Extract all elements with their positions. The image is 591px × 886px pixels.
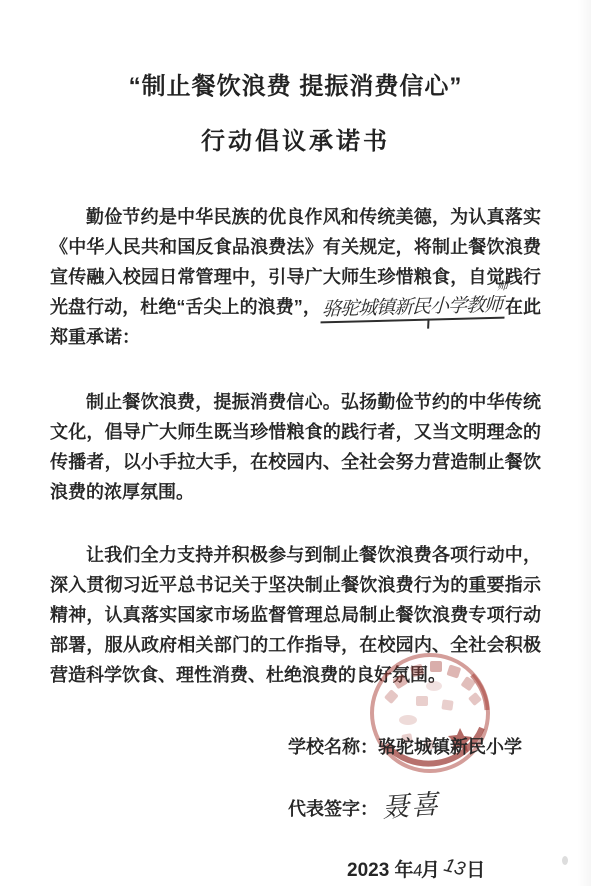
paragraph-commitment: 制止餐饮浪费，提振消费信心。弘扬勤俭节约的中华传统文化，倡导广大师生既当珍惜粮食… (50, 387, 541, 507)
handwritten-day: 13 (440, 851, 468, 885)
paragraph-opening: 勤俭节约是中华民族的优良作风和传统美德，为认真落实《中华人民共和国反食品浪费法》… (50, 202, 541, 352)
date-day-label: 日 (466, 860, 485, 881)
school-name-label: 学校名称： (288, 737, 378, 757)
school-name-value: 骆驼城镇新民小学 (378, 737, 522, 757)
scan-artifact (562, 856, 568, 865)
handwritten-superscript: 师 (496, 282, 507, 293)
scanned-pledge-document: “制止餐饮浪费 提振消费信心” 行动倡议承诺书 勤俭节约是中华民族的优良作风和传… (0, 0, 591, 886)
handwritten-signature: 聂喜 (381, 789, 441, 823)
representative-signature-row: 代表签字：聂喜 (288, 791, 541, 824)
paragraph-action-plan: 让我们全力支持并积极参与到制止餐饮浪费各项行动中，深入贯彻习近平总书记关于坚决制… (50, 540, 541, 690)
school-name-row: 学校名称：骆驼城镇新民小学 (288, 732, 541, 762)
date-year-label: 年 (395, 860, 414, 881)
date-month-label: 月 (421, 860, 440, 881)
representative-signature-label: 代表签字： (288, 799, 378, 819)
document-title-line2: 行动倡议承诺书 (50, 126, 541, 158)
handwritten-school-insert-text: 骆驼城镇新民小学教师 (322, 295, 503, 321)
handwritten-school-insert: 骆驼城镇新民小学教师师 (320, 295, 505, 324)
date-year: 2023 (347, 860, 395, 881)
date-row: 2023 年4月13日 (347, 856, 541, 886)
document-title-line1: “制止餐饮浪费 提振消费信心” (50, 70, 541, 104)
insertion-caret (427, 319, 429, 329)
